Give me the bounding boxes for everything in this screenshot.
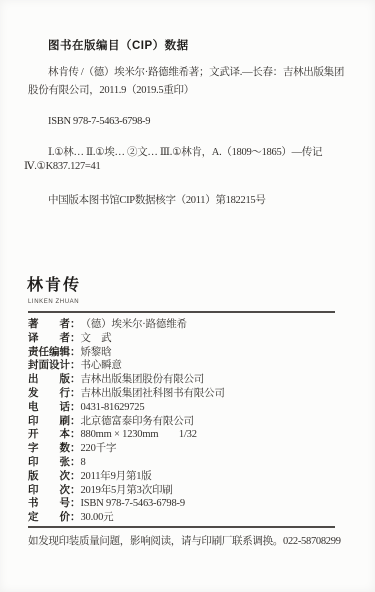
cip-classification-line1: Ⅰ.①林… Ⅱ.①埃… ②文… Ⅲ.①林肯，A.（1809～1865）—传记	[48, 144, 322, 159]
detail-value: 880mm × 1230mm 1/32	[81, 429, 197, 440]
detail-row-edition: 版 次：2011年9月第1版	[28, 468, 225, 482]
detail-value: 文 武	[81, 333, 112, 344]
divider-top	[28, 311, 335, 313]
detail-row-cover-design: 封面设计：书心瞬意	[28, 357, 225, 371]
detail-row-editor: 责任编辑：矫黎晗	[28, 344, 225, 358]
detail-value: （德）埃米尔·路德维希	[81, 319, 187, 330]
detail-row-translator: 译 者：文 武	[28, 330, 225, 344]
detail-value: 北京德富泰印务有限公司	[81, 416, 194, 427]
detail-row-printer: 印 刷：北京德富泰印务有限公司	[28, 413, 225, 427]
copyright-page: 图书在版编目（CIP）数据 林肯传 /（德）埃米尔·路德维希著；文武译.—长春：…	[0, 0, 375, 592]
detail-row-sheets: 印 张：8	[28, 454, 225, 468]
cip-description-line2: 股份有限公司，2011.9（2019.5重印）	[28, 82, 194, 97]
detail-value: 2019年5月第3次印刷	[81, 485, 173, 496]
divider-bottom	[28, 526, 335, 528]
detail-row-format: 开 本：880mm × 1230mm 1/32	[28, 426, 225, 440]
cip-description-line1: 林肯传 /（德）埃米尔·路德维希著；文武译.—长春：吉林出版集团	[48, 64, 344, 79]
cip-record-number: 中国版本图书馆CIP数据核字（2011）第182215号	[48, 192, 266, 207]
detail-value: 2011年9月第1版	[81, 471, 152, 482]
quality-notice: 如发现印装质量问题，影响阅读，请与印刷厂联系调换。022-58708299	[28, 533, 341, 548]
detail-row-printing: 印 次：2019年5月第3次印刷	[28, 482, 225, 496]
detail-value: 220千字	[81, 443, 117, 454]
book-title: 林肯传	[27, 272, 81, 295]
cip-classification-line2: Ⅳ.①K837.127=41	[24, 160, 100, 172]
cip-section-header: 图书在版编目（CIP）数据	[48, 37, 189, 53]
detail-label: 定 价：	[28, 511, 81, 525]
detail-row-author: 著 者：（德）埃米尔·路德维希	[28, 316, 225, 330]
detail-row-price: 定 价：30.00元	[28, 509, 225, 523]
detail-row-phone: 电 话：0431-81629725	[28, 399, 225, 413]
isbn-line: ISBN 978-7-5463-6798-9	[48, 116, 150, 127]
detail-row-publisher: 出 版：吉林出版集团股份有限公司	[28, 371, 225, 385]
detail-value: 吉林出版集团社科图书有限公司	[81, 388, 225, 399]
detail-value: 0431-81629725	[81, 402, 145, 413]
detail-value: 书心瞬意	[81, 360, 122, 371]
detail-row-word-count: 字 数：220千字	[28, 440, 225, 454]
detail-row-distributor: 发 行：吉林出版集团社科图书有限公司	[28, 385, 225, 399]
detail-value: 8	[81, 457, 86, 468]
detail-row-book-number: 书 号：ISBN 978-7-5463-6798-9	[28, 495, 225, 509]
detail-value: 吉林出版集团股份有限公司	[81, 374, 205, 385]
detail-value: 矫黎晗	[81, 347, 112, 358]
publication-details: 著 者：（德）埃米尔·路德维希 译 者：文 武 责任编辑：矫黎晗 封面设计：书心…	[28, 316, 225, 523]
detail-value: ISBN 978-7-5463-6798-9	[81, 498, 185, 509]
detail-value: 30.00元	[81, 512, 114, 523]
book-title-romanized: LINKEN ZHUAN	[28, 299, 79, 305]
